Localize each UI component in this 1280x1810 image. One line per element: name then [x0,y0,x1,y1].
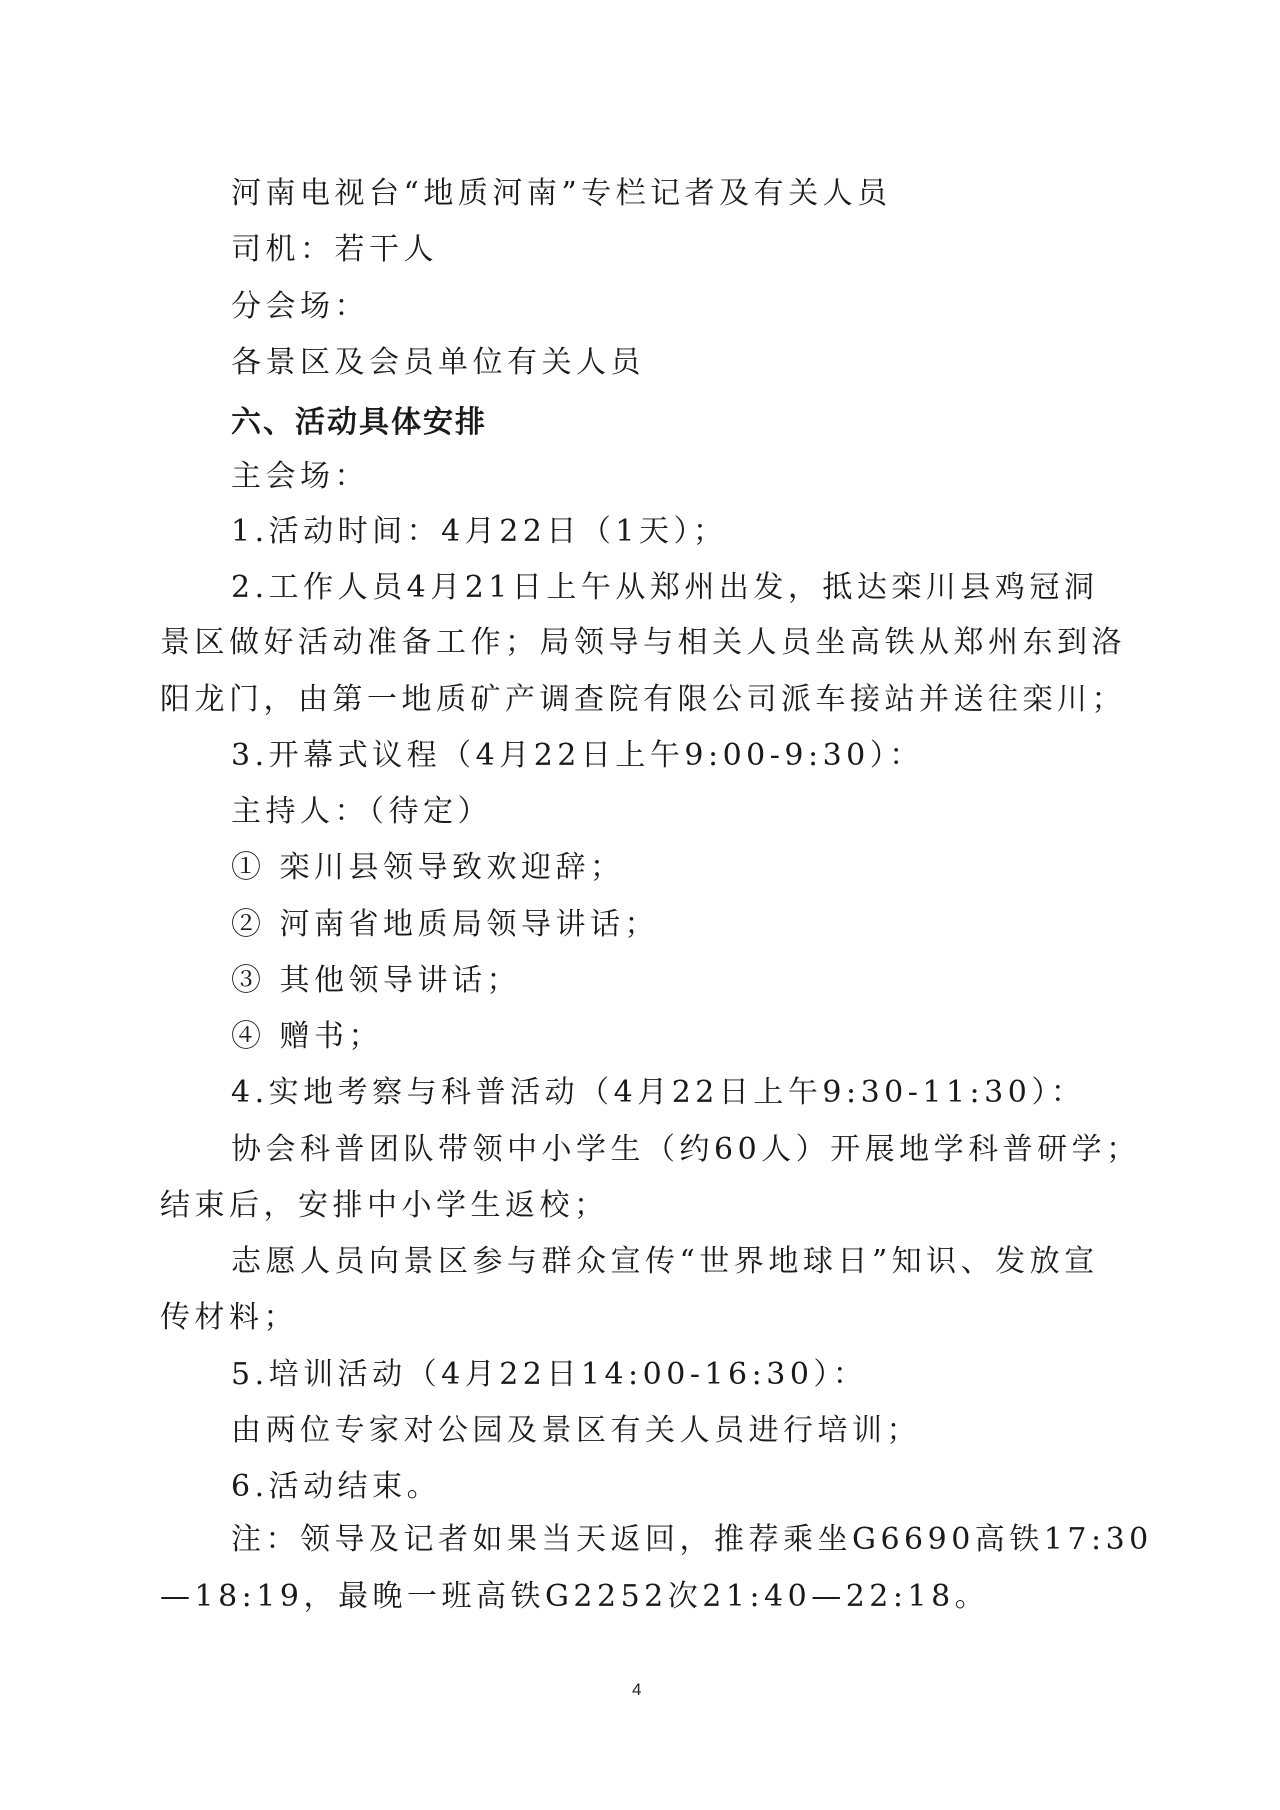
agenda-item-4: ④ 赠书； [231,1019,383,1055]
agenda-item-3: ③ 其他领导讲话； [231,963,521,999]
sub-venue-attendees: 各景区及会员单位有关人员 [231,345,645,381]
note-line-cont: —18:19，最晚一班高铁G2252次21:40—22:18。 [160,1579,989,1615]
item-2-staff-travel-cont-2: 阳龙门，由第一地质矿产调查院有限公司派车接站并送往栾川； [160,682,1126,718]
item-6-end: 6.活动结束。 [231,1469,441,1505]
agenda-item-1: ① 栾川县领导致欢迎辞； [231,850,625,886]
item-2-staff-travel: 2.工作人员4月21日上午从郑州出发，抵达栾川县鸡冠洞 [231,570,1098,606]
item-1-activity-time: 1.活动时间：4月22日（1天）； [231,514,727,550]
field-trip-students: 协会科普团队带领中小学生（约60人）开展地学科普研学； [231,1132,1141,1168]
training-detail: 由两位专家对公园及景区有关人员进行培训； [231,1413,921,1449]
field-trip-students-cont: 结束后，安排中小学生返校； [160,1188,609,1224]
host-line: 主持人：（待定） [231,794,492,830]
item-5-training: 5.培训活动（4月22日14:00-16:30）： [231,1357,867,1393]
attendee-line-reporters: 河南电视台“地质河南”专栏记者及有关人员 [231,176,892,212]
sub-venue-label: 分会场： [231,289,369,325]
field-trip-volunteers: 志愿人员向景区参与群众宣传“世界地球日”知识、发放宣 [231,1244,1099,1280]
main-venue-label: 主会场： [231,459,369,495]
section-heading-activity-schedule: 六、活动具体安排 [231,405,487,441]
document-page: 河南电视台“地质河南”专栏记者及有关人员 司机：若干人 分会场： 各景区及会员单… [0,0,1280,1810]
note-line: 注：领导及记者如果当天返回，推荐乘坐G6690高铁17:30 [231,1522,1153,1558]
field-trip-volunteers-cont: 传材料； [160,1300,298,1336]
item-2-staff-travel-cont-1: 景区做好活动准备工作；局领导与相关人员坐高铁从郑州东到洛 [160,625,1126,661]
agenda-item-2: ② 河南省地质局领导讲话； [231,907,659,943]
item-3-opening-agenda: 3.开幕式议程（4月22日上午9:00-9:30）： [231,738,924,774]
item-4-field-trip: 4.实地考察与科普活动（4月22日上午9:30-11:30）： [231,1075,1085,1111]
page-number: 4 [632,1680,641,1700]
attendee-line-drivers: 司机：若干人 [231,232,438,268]
